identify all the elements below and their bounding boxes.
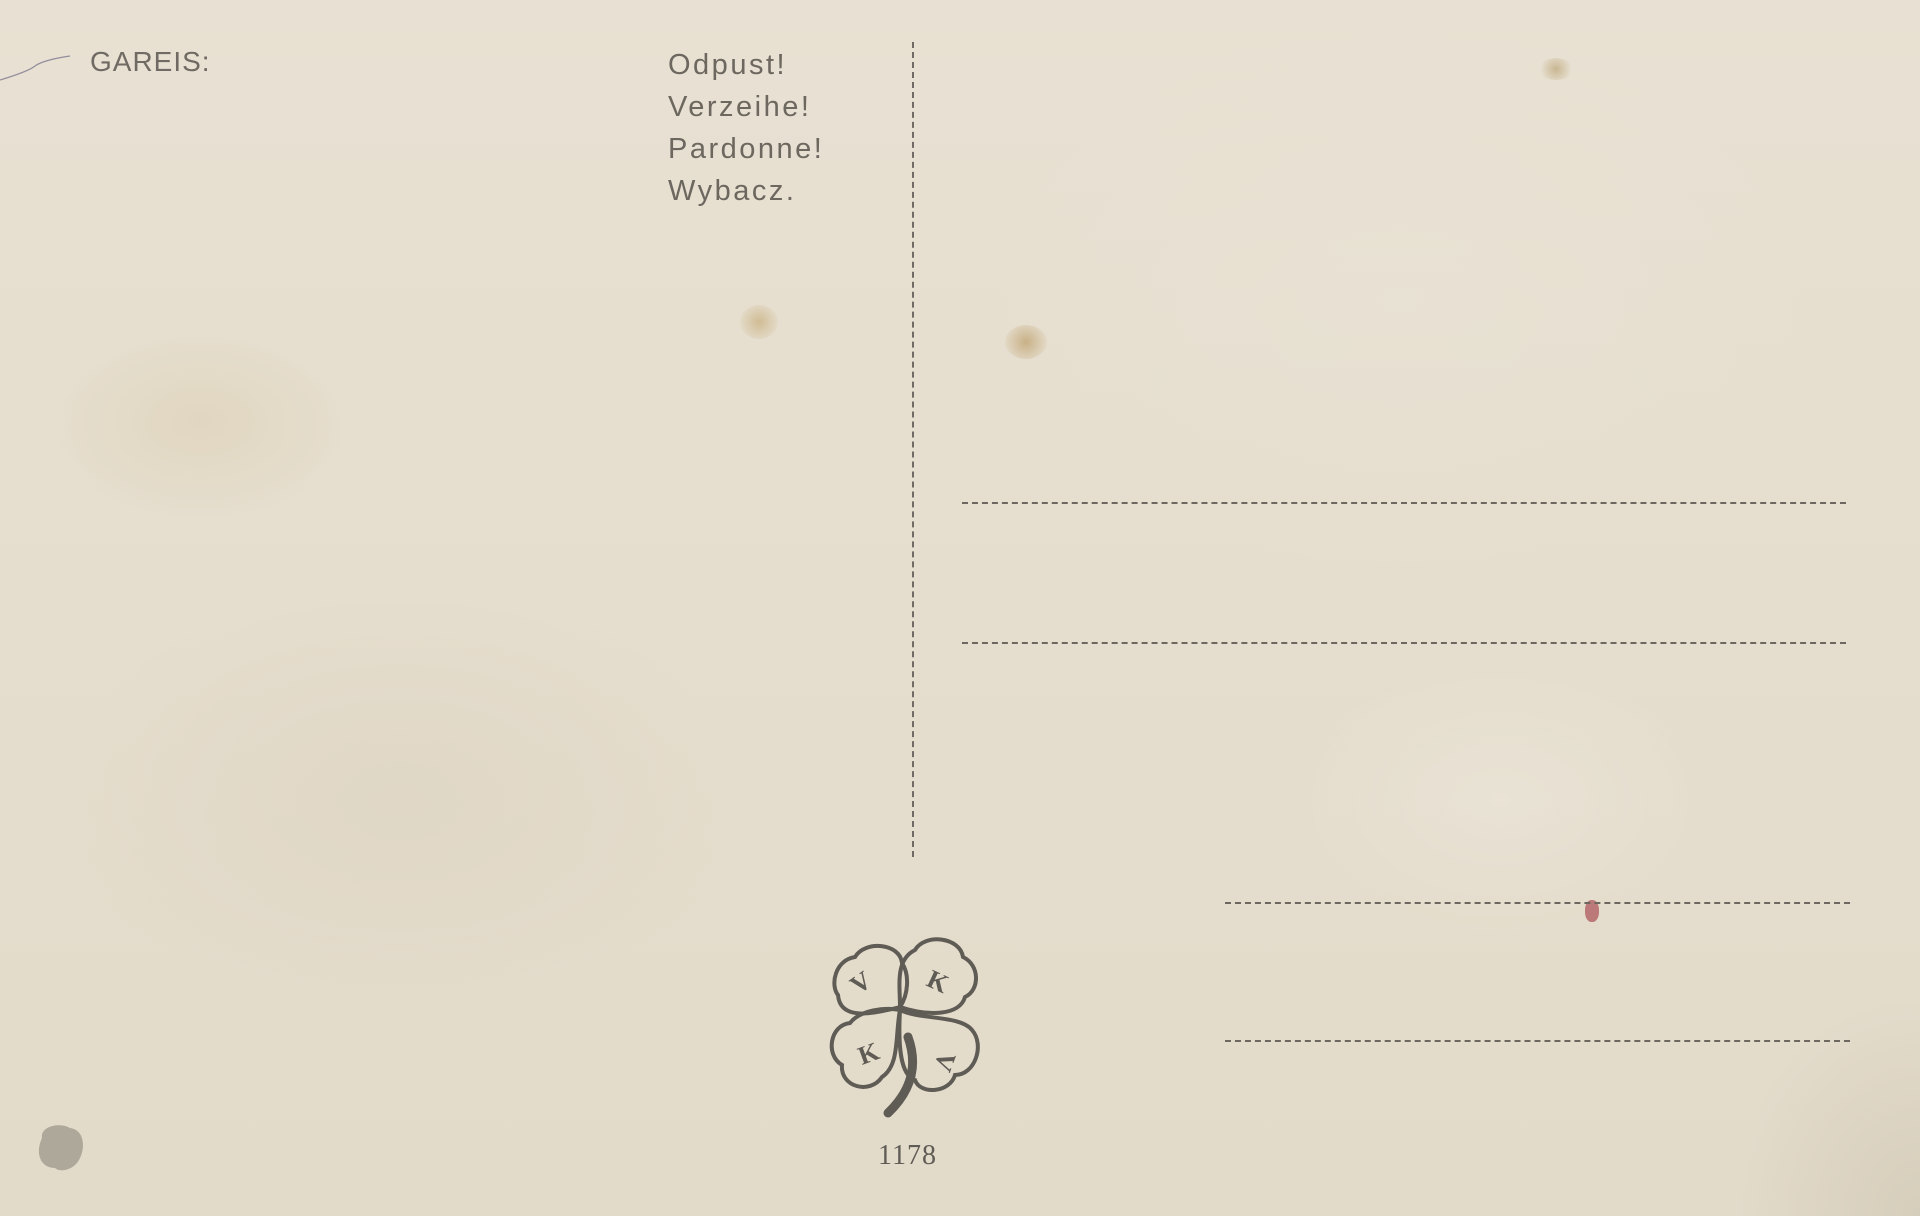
svg-text:K: K [922,964,953,999]
serial-number: 1178 [878,1140,937,1172]
vertical-divider [912,42,914,857]
paper-shading [1700,956,1920,1216]
foxing-stain [740,305,778,339]
postcard-back: GAREIS: Odpust! Verzeihe! Pardonne! Wyba… [0,0,1920,1216]
message-line-polish-2: Wybacz. [668,170,824,212]
publisher-blind-stamp-icon [30,1118,90,1178]
foxing-stain [1538,58,1574,80]
four-leaf-clover-icon: V K V K [800,915,1000,1125]
printed-message: Odpust! Verzeihe! Pardonne! Wybacz. [668,44,824,212]
message-line-french: Pardonne! [668,128,824,170]
paper-crease-mark [0,52,72,82]
svg-text:K: K [854,1036,884,1070]
message-line-polish-1: Odpust! [668,44,824,86]
sender-label: GAREIS: [90,46,211,78]
svg-text:V: V [845,965,877,1000]
message-line-german: Verzeihe! [668,86,824,128]
foxing-stain [1005,325,1047,359]
address-line-1 [962,502,1846,504]
svg-text:V: V [928,1048,962,1076]
address-line-3 [1225,902,1850,904]
address-line-2 [962,642,1846,644]
address-line-4 [1225,1040,1850,1042]
